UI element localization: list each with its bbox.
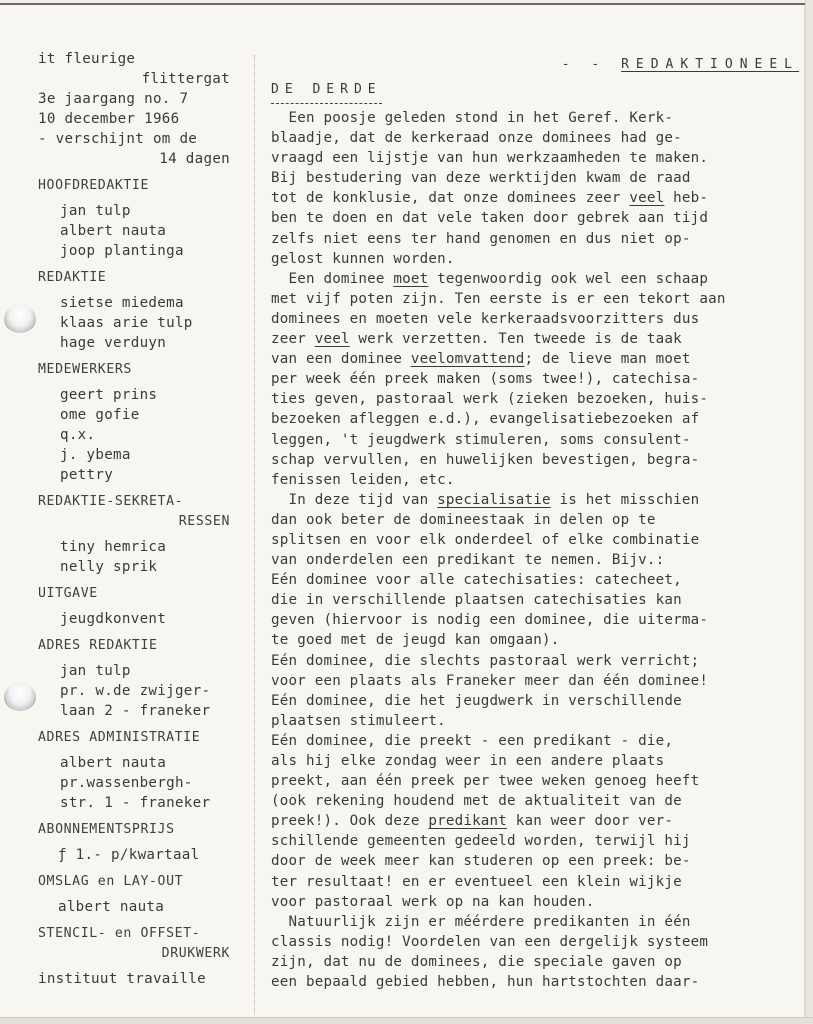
issue-number: 3e jaargang no. 7 [38, 89, 230, 109]
section-entry: str. 1 - franeker [38, 793, 230, 813]
section-heading: MEDEWERKERS [38, 360, 230, 380]
masthead-line-1: it fleurige [38, 49, 230, 69]
colophon-section: OMSLAG en LAY-OUTalbert nauta [38, 872, 230, 917]
section-heading: UITGAVE [38, 584, 230, 604]
section-heading: OMSLAG en LAY-OUT [38, 872, 230, 892]
article-line: fenissen leiden, etc. [271, 470, 771, 490]
article-line: Eén dominee, die het jeugdwerk in versch… [271, 691, 771, 711]
article-line: met vijf poten zijn. Ten eerste is er ee… [271, 289, 771, 309]
emphasized-word: predikant [428, 813, 507, 829]
article-line: tot de konklusie, dat onze dominees zeer… [271, 188, 771, 208]
section-entry: pettry [38, 465, 230, 485]
colophon-sidebar: it fleurige flittergat 3e jaargang no. 7… [38, 49, 230, 989]
article-line: gelost kunnen worden. [271, 249, 771, 269]
article-title: DE DERDE [271, 81, 382, 104]
section-entry: j. ybema [38, 445, 230, 465]
punch-hole [4, 305, 36, 333]
section-entry: pr. w.de zwijger- [38, 681, 230, 701]
article-line: van een dominee veelomvattend; de lieve … [271, 349, 771, 369]
section-entry: hage verduyn [38, 333, 230, 353]
article-line: schillende gemeenten gedeeld worden, ter… [271, 831, 771, 851]
article-line: voor pastoraal werk op na kan houden. [271, 892, 771, 912]
article-line: leggen, 't jeugdwerk stimuleren, soms co… [271, 430, 771, 450]
article-line: zeer veel werk verzetten. Ten tweede is … [271, 329, 771, 349]
article-body: Een poosje geleden stond in het Geref. K… [271, 108, 771, 992]
section-entry: q.x. [38, 425, 230, 445]
article-line: Natuurlijk zijn er méérdere predikanten … [271, 912, 771, 932]
article-line: classis nodig! Voordelen van een dergeli… [271, 932, 771, 952]
colophon-section: ADRES REDAKTIEjan tulppr. w.de zwijger-l… [38, 636, 230, 721]
colophon-section: REDAKTIE-SEKRETA-RESSENtiny hemricanelly… [38, 492, 230, 577]
article-line: vraagd een lijstje van hun werkzaamheden… [271, 148, 771, 168]
section-entry: jeugdkonvent [38, 609, 230, 629]
emphasized-word: specialisatie [437, 492, 551, 508]
section-heading: ABONNEMENTSPRIJS [38, 820, 230, 840]
article-line: die in verschillende plaatsen catechisat… [271, 590, 771, 610]
scan-bottom-edge [0, 1017, 813, 1024]
article-line: Eén dominee, die slechts pastoraal werk … [271, 651, 771, 671]
article-line: Een dominee moet tegenwoordig ook wel ee… [271, 269, 771, 289]
article-line: Bij bestudering van deze werktijden kwam… [271, 168, 771, 188]
article-line: een bepaald gebied hebben, hun hartstoch… [271, 972, 771, 992]
colophon-section: HOOFDREDAKTIEjan tulpalbert nautajoop pl… [38, 176, 230, 261]
article-line: schap vervullen, en huwelijken bevestige… [271, 450, 771, 470]
article-line: dominees en moeten vele kerkeraadsvoorzi… [271, 309, 771, 329]
frequency-line-2: 14 dagen [38, 149, 230, 169]
section-entry: klaas arie tulp [38, 313, 230, 333]
article-line: als hij elke zondag weer in een andere p… [271, 751, 771, 771]
section-entry: albert nauta [38, 221, 230, 241]
colophon-section: REDAKTIEsietse miedemaklaas arie tulphag… [38, 268, 230, 353]
section-entry: laan 2 - franeker [38, 701, 230, 721]
section-entry: instituut travaille [38, 969, 230, 989]
masthead-line-2: flittergat [38, 69, 230, 89]
newsletter-page: it fleurige flittergat 3e jaargang no. 7… [0, 3, 806, 1021]
section-entry: geert prins [38, 385, 230, 405]
article-line: In deze tijd van specialisatie is het mi… [271, 490, 771, 510]
colophon-section: ABONNEMENTSPRIJSƒ 1.- p/kwartaal [38, 820, 230, 865]
article-line: (ook rekening houdend met de aktualiteit… [271, 791, 771, 811]
article-line: zijn, dat nu de dominees, die speciale g… [271, 952, 771, 972]
section-entry: sietse miedema [38, 293, 230, 313]
article-line: geven (hiervoor is nodig een dominee, di… [271, 610, 771, 630]
section-heading: HOOFDREDAKTIE [38, 176, 230, 196]
section-heading: RESSEN [38, 512, 230, 532]
section-header: - - REDAKTIONEEL [271, 55, 799, 75]
colophon-sections: HOOFDREDAKTIEjan tulpalbert nautajoop pl… [38, 176, 230, 989]
section-entry: ome gofie [38, 405, 230, 425]
article-line: te goed met de jeugd kan omgaan). [271, 630, 771, 650]
section-prefix: - - [562, 57, 606, 72]
article-line: preek!). Ook deze predikant kan weer doo… [271, 811, 771, 831]
column-divider [254, 55, 255, 1015]
section-entry: albert nauta [38, 753, 230, 773]
section-heading: STENCIL- en OFFSET- [38, 924, 230, 944]
emphasized-word: moet [393, 271, 428, 287]
article-line: ties geven, pastoraal werk (zieken bezoe… [271, 389, 771, 409]
article-line: bezoeken afleggen e.d.), evangelisatiebe… [271, 409, 771, 429]
section-entry: jan tulp [38, 201, 230, 221]
article-line: ben te doen en dat vele taken door gebre… [271, 208, 771, 228]
section-entry: tiny hemrica [38, 537, 230, 557]
emphasized-word: veel [629, 190, 664, 206]
section-entry: jan tulp [38, 661, 230, 681]
article-line: blaadje, dat de kerkeraad onze dominees … [271, 128, 771, 148]
frequency-line-1: - verschijnt om de [38, 129, 230, 149]
article-line: ter resultaat! en er eventueel een klein… [271, 872, 771, 892]
colophon-section: STENCIL- en OFFSET-DRUKWERKinstituut tra… [38, 924, 230, 989]
article-line: Een poosje geleden stond in het Geref. K… [271, 108, 771, 128]
article-line: van onderdelen een predikant te nemen. B… [271, 550, 771, 570]
section-heading: DRUKWERK [38, 944, 230, 964]
emphasized-word: veelomvattend [411, 351, 525, 367]
section-heading: REDAKTIE-SEKRETA- [38, 492, 230, 512]
page-edge [805, 0, 813, 1024]
emphasized-word: veel [315, 331, 350, 347]
section-entry: ƒ 1.- p/kwartaal [38, 845, 230, 865]
issue-date: 10 december 1966 [38, 109, 230, 129]
article-line: plaatsen stimuleert. [271, 711, 771, 731]
colophon-section: MEDEWERKERSgeert prinsome gofieq.x.j. yb… [38, 360, 230, 485]
section-entry: pr.wassenbergh- [38, 773, 230, 793]
article-line: dan ook beter de domineestaak in delen o… [271, 510, 771, 530]
editorial-article: - - REDAKTIONEEL DE DERDE Een poosje gel… [271, 55, 771, 992]
article-line: Eén dominee, die preekt - een predikant … [271, 731, 771, 751]
article-line: Eén dominee voor alle catechisaties: cat… [271, 570, 771, 590]
article-line: preekt, aan één preek per twee weken gen… [271, 771, 771, 791]
section-heading: ADRES REDAKTIE [38, 636, 230, 656]
article-line: voor een plaats als Franeker meer dan éé… [271, 671, 771, 691]
section-heading: ADRES ADMINISTRATIE [38, 728, 230, 748]
punch-hole [4, 683, 36, 711]
section-label: REDAKTIONEEL [621, 57, 799, 72]
section-entry: nelly sprik [38, 557, 230, 577]
colophon-section: UITGAVEjeugdkonvent [38, 584, 230, 629]
section-heading: REDAKTIE [38, 268, 230, 288]
colophon-section: ADRES ADMINISTRATIEalbert nautapr.wassen… [38, 728, 230, 813]
article-line: splitsen en voor elk onderdeel of elke c… [271, 530, 771, 550]
article-line: door de week meer kan studeren op een pr… [271, 851, 771, 871]
section-entry: albert nauta [38, 897, 230, 917]
section-entry: joop plantinga [38, 241, 230, 261]
article-line: per week één preek maken (soms twee!), c… [271, 369, 771, 389]
article-line: zelfs niet eens ter hand genomen en dus … [271, 229, 771, 249]
